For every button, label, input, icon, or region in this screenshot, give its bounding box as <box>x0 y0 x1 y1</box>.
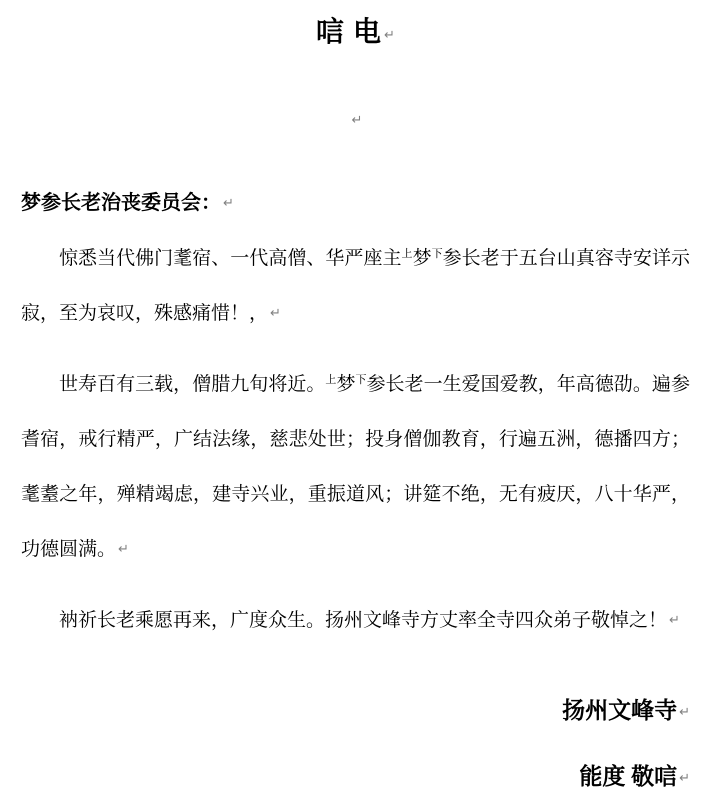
paragraph-text: 梦 <box>413 248 432 269</box>
signature-temple: 扬州文峰寺↵ <box>0 696 690 728</box>
honorific-superscript-shang: 上 <box>325 374 336 386</box>
pilcrow-icon: ↵ <box>677 771 690 786</box>
pilcrow-icon: ↵ <box>116 542 129 557</box>
pilcrow-icon: ↵ <box>350 113 363 128</box>
document-title: 唁 电↵ <box>0 0 712 53</box>
salutation-text: 梦参长老治丧委员会： <box>21 192 221 214</box>
signature-signer: 能度 敬唁↵ <box>0 762 690 794</box>
pilcrow-icon: ↵ <box>667 613 680 628</box>
paragraph-text: 衲祈长老乘愿再来，广度众生。扬州文峰寺方丈率全寺四众弟子敬悼之！ <box>59 610 667 631</box>
empty-line: ↵ <box>0 93 712 148</box>
pilcrow-icon: ↵ <box>677 705 690 720</box>
pilcrow-icon: ↵ <box>221 196 234 211</box>
honorific-superscript-xia: 下 <box>432 248 443 260</box>
honorific-superscript-xia: 下 <box>355 374 366 386</box>
pilcrow-icon: ↵ <box>268 306 281 321</box>
paragraph-text: 参长老一生爱国爱教，年高德劭。遍参耆宿，戒行精严，广结法缘，慈悲处世；投身僧伽教… <box>21 374 690 560</box>
paragraph-text: 梦 <box>336 374 355 395</box>
signature-temple-text: 扬州文峰寺 <box>562 698 677 723</box>
pilcrow-icon: ↵ <box>382 28 396 43</box>
salutation: 梦参长老治丧委员会：↵ <box>21 188 690 219</box>
body-paragraph-3: 衲祈长老乘愿再来，广度众生。扬州文峰寺方丈率全寺四众弟子敬悼之！↵ <box>21 593 690 648</box>
paragraph-text: 惊悉当代佛门耄宿、一代高僧、华严座主 <box>59 248 402 269</box>
signature-signer-text: 能度 敬唁 <box>579 764 677 789</box>
honorific-superscript-shang: 上 <box>402 248 413 260</box>
body-paragraph-1: 惊悉当代佛门耄宿、一代高僧、华严座主上梦下参长老于五台山真容寺安详示寂，至为哀叹… <box>21 231 690 341</box>
body-paragraph-2: 世寿百有三载，僧腊九旬将近。上梦下参长老一生爱国爱教，年高德劭。遍参耆宿，戒行精… <box>21 357 690 577</box>
document-page: 唁 电↵ ↵ 梦参长老治丧委员会：↵ 惊悉当代佛门耄宿、一代高僧、华严座主上梦下… <box>0 0 712 801</box>
document-title-text: 唁 电 <box>316 17 382 48</box>
paragraph-text: 世寿百有三载，僧腊九旬将近。 <box>59 374 325 395</box>
